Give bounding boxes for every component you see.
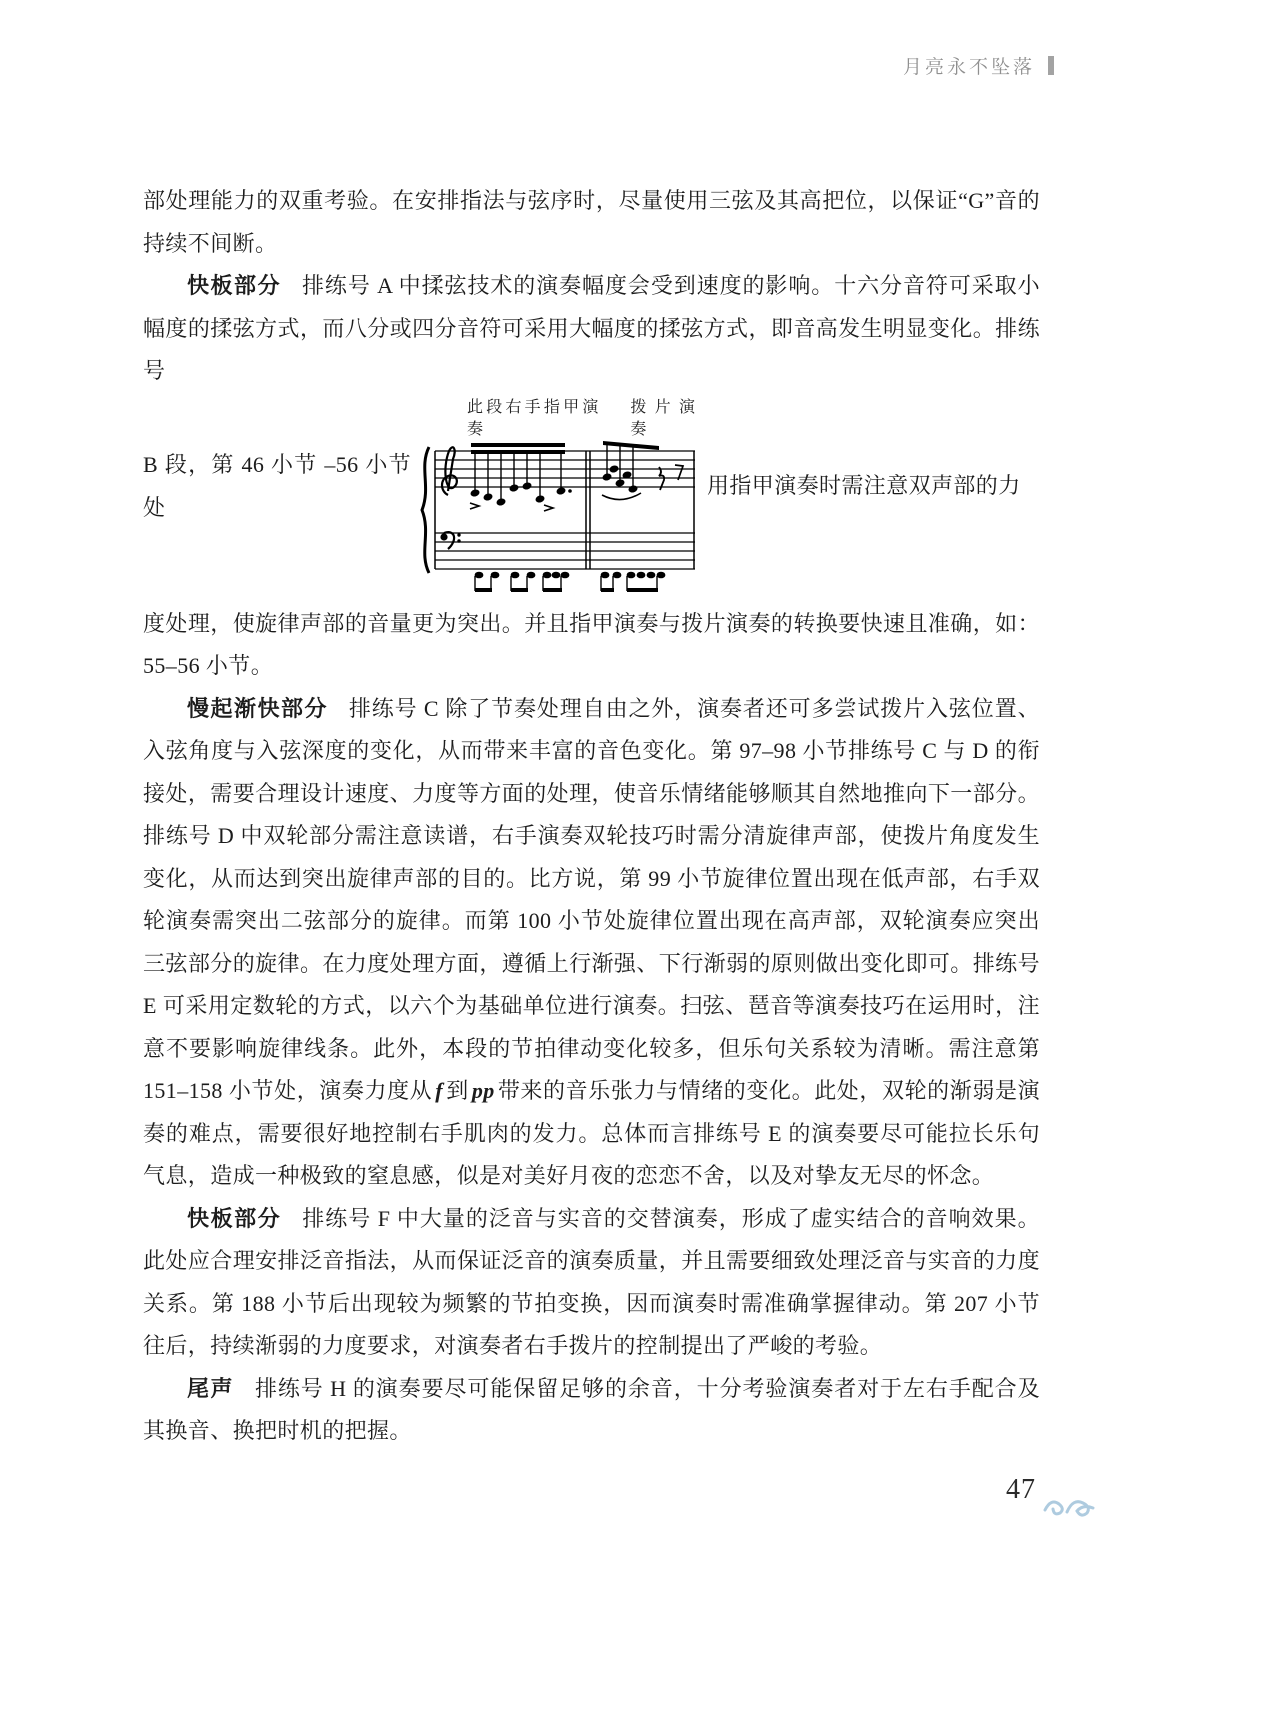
- section-lead: 慢起渐快部分: [187, 696, 328, 721]
- page-number: 47: [1006, 1474, 1036, 1506]
- book-page: 月亮永不坠落 部处理能力的双重考验。在安排指法与弦序时，尽量使用三弦及其高把位，…: [0, 0, 1280, 1736]
- accent-marks: [470, 503, 553, 511]
- bass-staff-lines: [435, 533, 695, 569]
- section-lead: 快板部分: [187, 273, 281, 298]
- figure-right-label: 用指甲演奏时需注意双声部的力: [707, 473, 1021, 498]
- measure1-treble-notes: [470, 443, 572, 511]
- dynamic-pianissimo: pp: [469, 1078, 498, 1103]
- header-bar-ornament: [1048, 56, 1054, 75]
- paragraph-allegro-a-cont: 度处理，使旋律声部的音量更为突出。并且指甲演奏与拨片演奏的转换要快速且准确，如：…: [143, 603, 1040, 688]
- measure2-treble-notes: [602, 441, 683, 500]
- paragraph-text: 到: [446, 1078, 469, 1103]
- figure-left-text: B 段，第 46 小节 –56 小节处: [143, 444, 411, 529]
- caption-pick: 拨片演奏: [630, 397, 697, 441]
- music-notation-figure: 此段右手指甲演奏 拨片演奏: [415, 397, 697, 601]
- figure-right-text: 用指甲演奏时需注意双声部的力: [707, 465, 1040, 508]
- bass-clef-glyph: [440, 532, 460, 549]
- decorative-cloud-swirl: [1043, 1494, 1097, 1520]
- paragraph-text: 排练号 C 除了节奏处理自由之外，演奏者还可多尝试拨片入弦位置、入弦角度与入弦深…: [143, 696, 1040, 1104]
- paragraph-accelerando: 慢起渐快部分排练号 C 除了节奏处理自由之外，演奏者还可多尝试拨片入弦位置、入弦…: [143, 688, 1040, 1198]
- paragraph-text: 度处理，使旋律声部的音量更为突出。并且指甲演奏与拨片演奏的转换要快速且准确，如：…: [143, 611, 1040, 679]
- dynamic-forte: f: [432, 1078, 446, 1103]
- figure-left-label: B 段，第 46 小节 –56 小节处: [143, 452, 411, 520]
- paragraph-coda: 尾声排练号 H 的演奏要尽可能保留足够的余音，十分考验演奏者对于左右手配合及其换…: [143, 1368, 1040, 1453]
- section-lead: 尾声: [187, 1376, 234, 1401]
- book-title: 月亮永不坠落: [903, 52, 1035, 79]
- music-example-row: B 段，第 46 小节 –56 小节处 此段右手指甲演奏 拨片演奏: [143, 397, 1040, 601]
- paragraph-continuation: 部处理能力的双重考验。在安排指法与弦序时，尽量使用三弦及其高把位，以保证“G”音…: [143, 180, 1040, 265]
- section-lead: 快板部分: [187, 1206, 281, 1231]
- paragraph-text: 排练号 H 的演奏要尽可能保留足够的余音，十分考验演奏者对于左右手配合及其换音、…: [143, 1376, 1040, 1444]
- slur: [602, 493, 641, 500]
- music-figure-captions: 此段右手指甲演奏 拨片演奏: [415, 397, 697, 441]
- paragraph-allegro-a: 快板部分排练号 A 中揉弦技术的演奏幅度会受到速度的影响。十六分音符可采取小幅度…: [143, 265, 1040, 393]
- grand-staff-notation: [415, 441, 697, 601]
- treble-staff-lines: [435, 451, 695, 487]
- paragraph-text: 部处理能力的双重考验。在安排指法与弦序时，尽量使用三弦及其高把位，以保证“G”音…: [143, 188, 1040, 256]
- text-block: 部处理能力的双重考验。在安排指法与弦序时，尽量使用三弦及其高把位，以保证“G”音…: [143, 180, 1040, 1453]
- caption-fingernail: 此段右手指甲演奏: [467, 397, 600, 441]
- treble-clef-glyph: [442, 447, 457, 495]
- paragraph-allegro-f: 快板部分排练号 F 中大量的泛音与实音的交替演奏，形成了虚实结合的音响效果。此处…: [143, 1198, 1040, 1368]
- bass-notes: [475, 571, 666, 591]
- running-header: 月亮永不坠落: [903, 52, 1054, 79]
- brace-glyph: [422, 447, 429, 573]
